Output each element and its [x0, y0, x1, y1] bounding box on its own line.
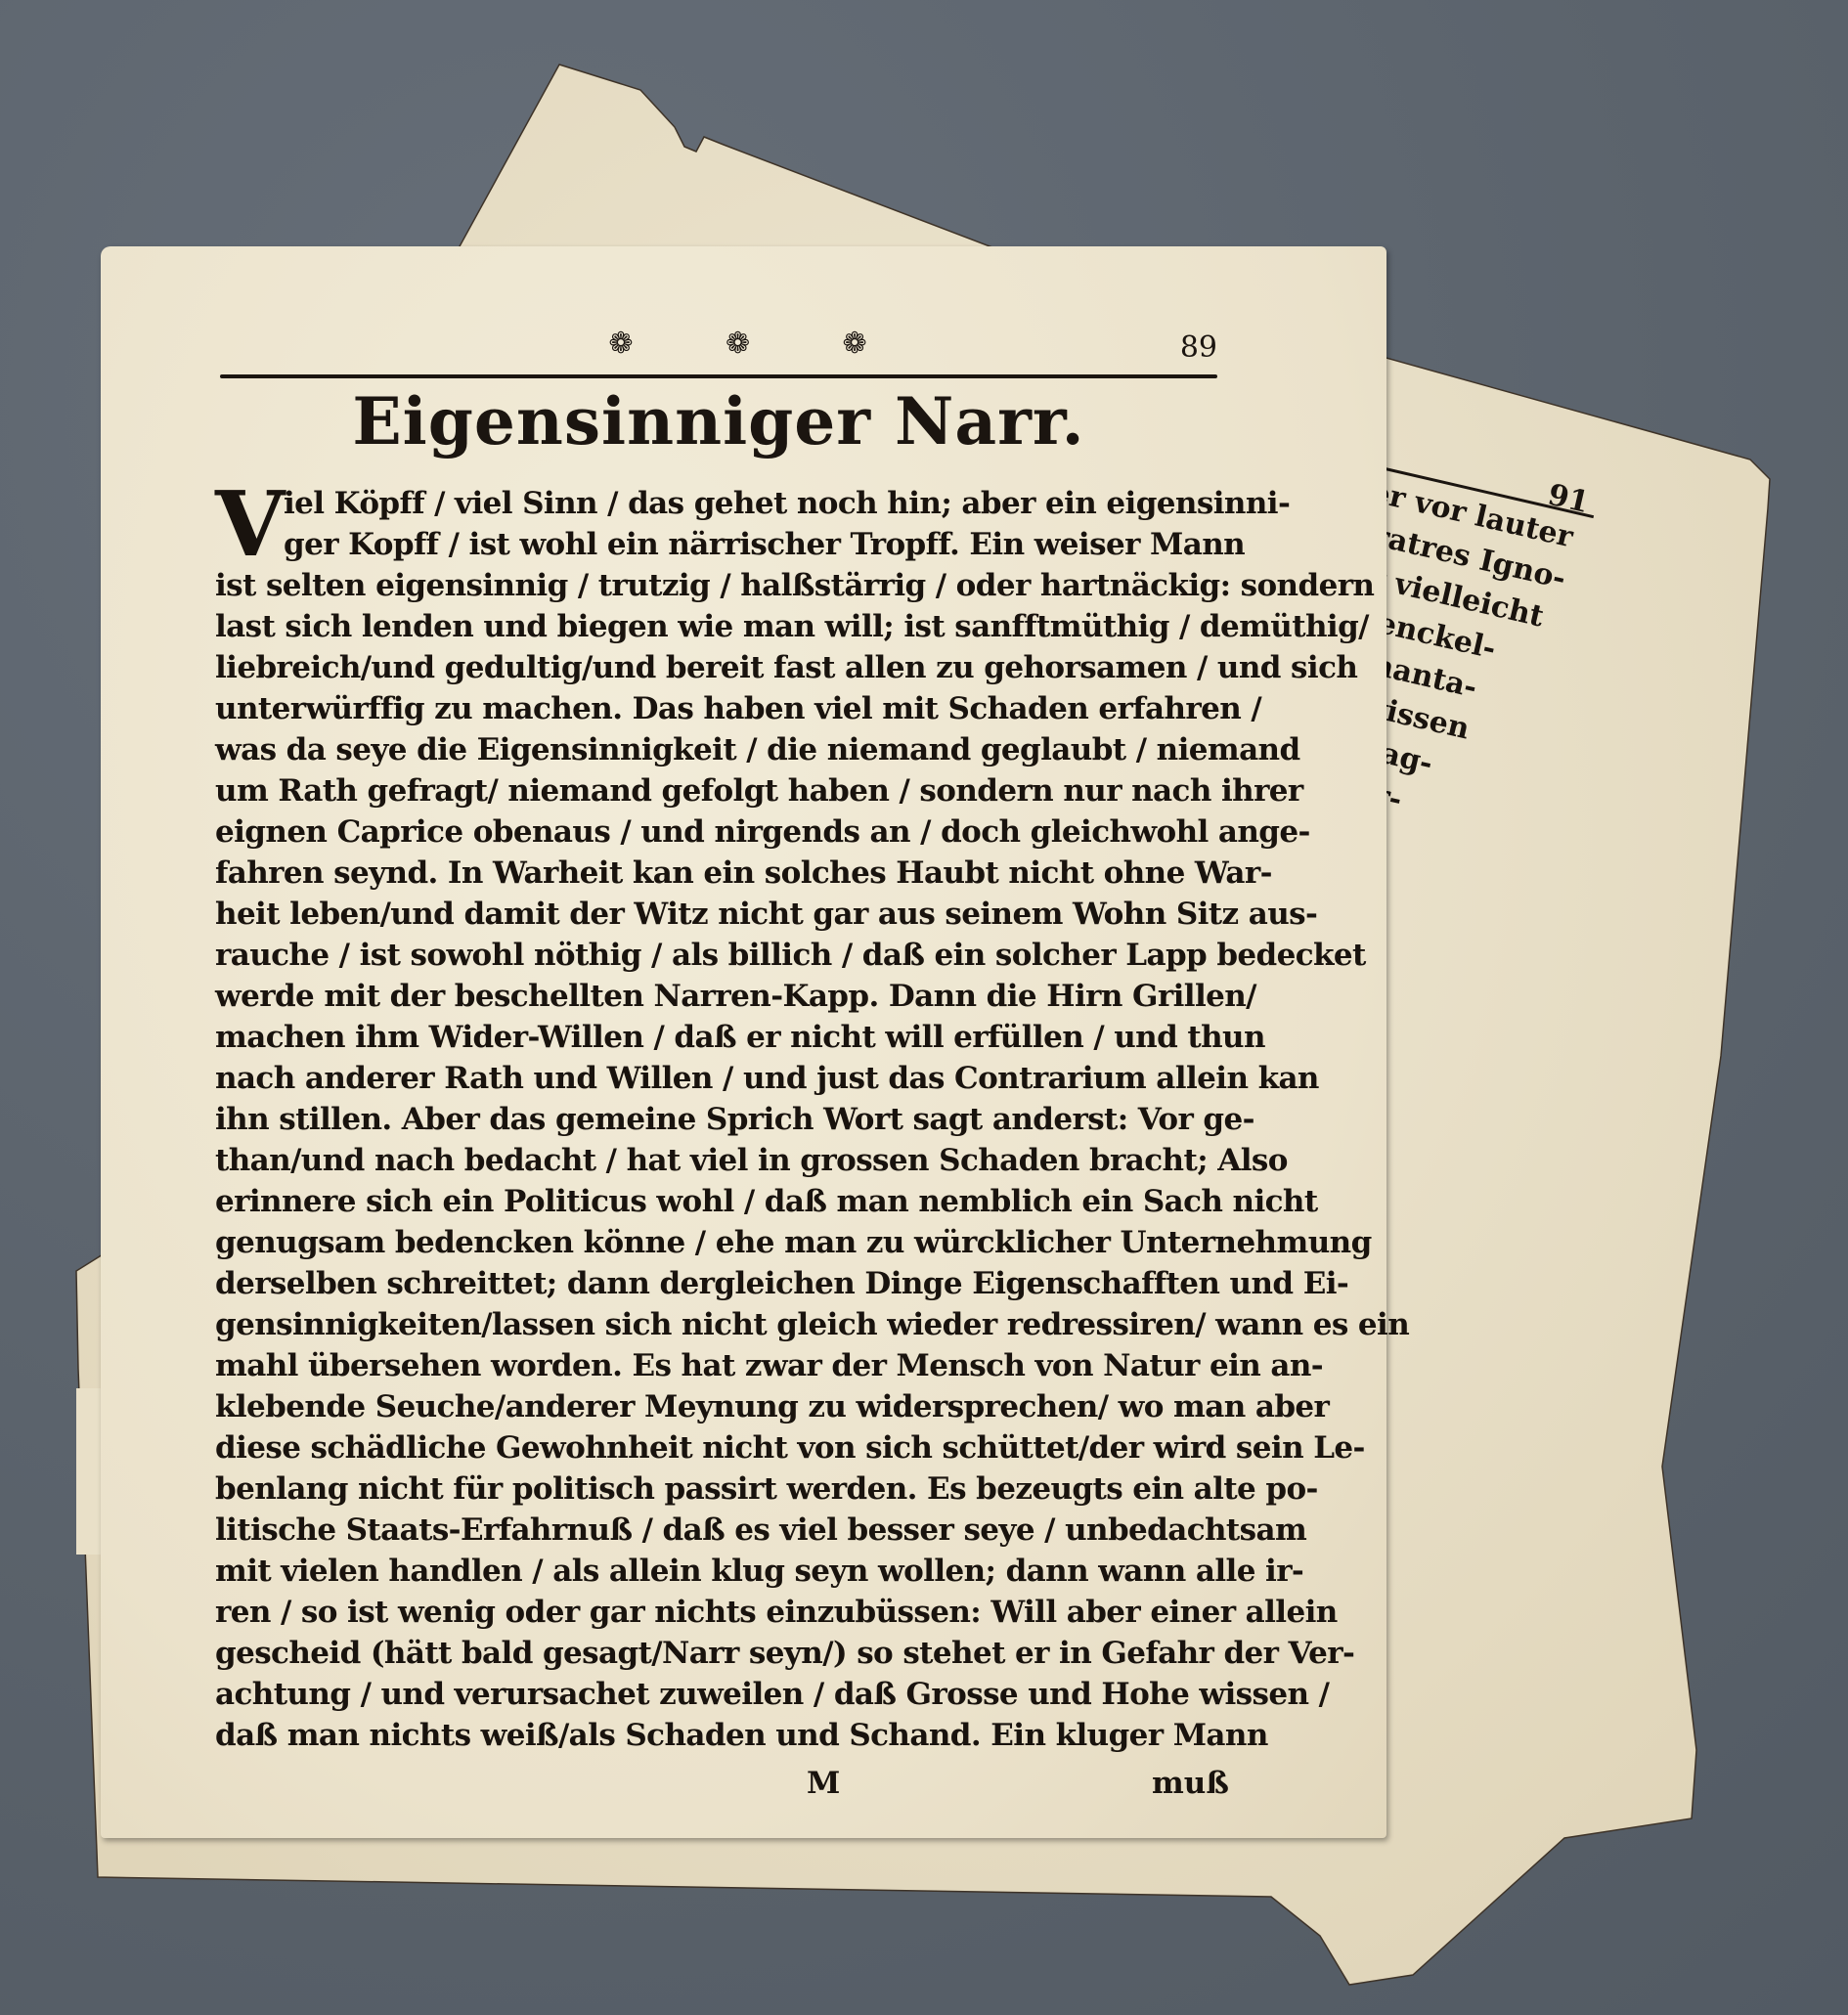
text-line: werde mit der beschellten Narren-Kapp. D…: [215, 976, 1214, 1017]
text-line: ger Kopff / ist wohl ein närrischer Trop…: [215, 524, 1214, 565]
front-page-sheet: ❁ ❁ ❁ 89 Eigensinniger Narr. V iel Köpff…: [101, 246, 1386, 1838]
text-line: heit leben/und damit der Witz nicht gar …: [215, 894, 1214, 935]
text-line: klebende Seuche/anderer Meynung zu wider…: [215, 1386, 1214, 1427]
text-line: eignen Caprice obenaus / und nirgends an…: [215, 811, 1214, 853]
text-line: was da seye die Eigensinnigkeit / die ni…: [215, 729, 1214, 770]
page-header: ❁ ❁ ❁ 89: [220, 327, 1217, 375]
fleuron-icon: ❁: [801, 327, 908, 361]
text-line: rauche / ist sowohl nöthig / als billich…: [215, 935, 1214, 976]
text-line: erinnere sich ein Politicus wohl / daß m…: [215, 1181, 1214, 1222]
body-text: V iel Köpff / viel Sinn / das gehet noch…: [215, 483, 1214, 1756]
text-line: fahren seynd. In Warheit kan ein solches…: [215, 853, 1214, 894]
text-line: derselben schreittet; dann dergleichen D…: [215, 1263, 1214, 1304]
catchword: muß: [1152, 1766, 1229, 1801]
text-line: um Rath gefragt/ niemand gefolgt haben /…: [215, 770, 1214, 811]
page-title: Eigensinniger Narr.: [220, 383, 1217, 460]
text-line: than/und nach bedacht / hat viel in gros…: [215, 1140, 1214, 1181]
header-rule: [220, 374, 1217, 378]
fleuron-icon: ❁: [684, 327, 792, 361]
text-line: daß man nichts weiß/als Schaden und Scha…: [215, 1715, 1214, 1756]
text-line: liebreich/und gedultig/und bereit fast a…: [215, 647, 1214, 688]
back-page-lines: ß er vor lauter ) Fratres Igno- n er vie…: [1386, 464, 1579, 1174]
text-line: iel Köpff / viel Sinn / das gehet noch h…: [215, 483, 1214, 524]
text-line: mahl übersehen worden. Es hat zwar der M…: [215, 1345, 1214, 1386]
text-line: last sich lenden und biegen wie man will…: [215, 606, 1214, 647]
page-number: 89: [1180, 330, 1217, 365]
text-line: genugsam bedencken könne / ehe man zu wü…: [215, 1222, 1214, 1263]
drop-cap: V: [215, 479, 285, 569]
text-line: diese schädliche Gewohnheit nicht von si…: [215, 1427, 1214, 1468]
text-line: ihn stillen. Aber das gemeine Sprich Wor…: [215, 1099, 1214, 1140]
text-line: benlang nicht für politisch passirt werd…: [215, 1468, 1214, 1510]
fleuron-icon: ❁: [567, 327, 675, 361]
text-line: nach anderer Rath und Willen / und just …: [215, 1058, 1214, 1099]
back-page-text-region: 91 ß er vor lauter ) Fratres Igno- n er …: [1386, 0, 1797, 2015]
header-ornaments: ❁ ❁ ❁: [567, 327, 908, 361]
text-line: achtung / und verursachet zuweilen / daß…: [215, 1674, 1214, 1715]
text-line: gescheid (hätt bald gesagt/Narr seyn/) s…: [215, 1633, 1214, 1674]
text-line: ren / so ist wenig oder gar nichts einzu…: [215, 1592, 1214, 1633]
signature-mark: M: [807, 1766, 840, 1801]
text-line: litische Staats-Erfahrnuß / daß es viel …: [215, 1510, 1214, 1551]
text-line: mit vielen handlen / als allein klug sey…: [215, 1551, 1214, 1592]
text-line: unterwürffig zu machen. Das haben viel m…: [215, 688, 1214, 729]
text-line: gensinnigkeiten/lassen sich nicht gleich…: [215, 1304, 1214, 1345]
text-line: machen ihm Wider-Willen / daß er nicht w…: [215, 1017, 1214, 1058]
text-line: ist selten eigensinnig / trutzig / halßs…: [215, 565, 1214, 606]
